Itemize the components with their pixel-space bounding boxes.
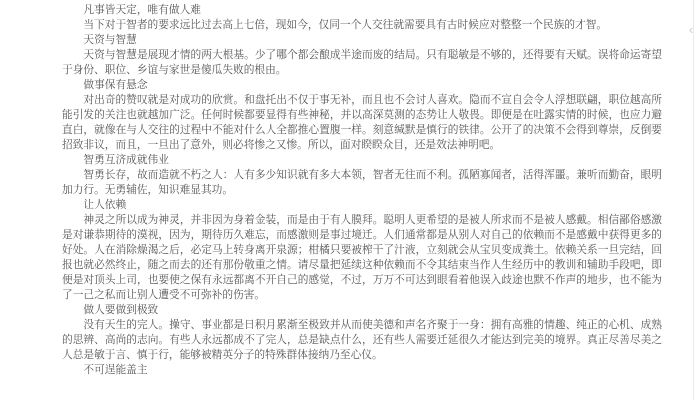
section-heading: 做事保有悬念 xyxy=(62,78,662,93)
paragraph: 神灵之所以成为神灵，并非因为身着金装，而是由于有人膜拜。聪明人更希望的是被人所求… xyxy=(62,213,662,303)
paragraph: 当下对于智者的要求远比过去高上七倍，现如今，仅同一个人交往就需要具有古时候应对整… xyxy=(62,18,662,33)
paragraph: 对出奇的赞叹就是对成功的欣赏。和盘托出不仅于事无补，而且也不会讨人喜欢。隐而不宣… xyxy=(62,93,662,153)
reader-page: 凡事皆天定，唯有做人难当下对于智者的要求远比过去高上七倍，现如今，仅同一个人交往… xyxy=(0,0,700,400)
section-heading: 天资与智慧 xyxy=(62,33,662,48)
section-heading: 做人要做到极致 xyxy=(62,303,662,318)
side-panel-toggle[interactable]: ‹ xyxy=(684,20,698,38)
chevron-left-icon: ‹ xyxy=(689,23,693,36)
paragraph: 没有天生的完人。操守、事业都是日积月累渐至极致并从而使美德和声名齐聚于一身：拥有… xyxy=(62,318,662,363)
paragraph: 智勇长存，故而造就不朽之人：人有多少知识就有多大本领，智者无往而不利。孤陋寡闻者… xyxy=(62,168,662,198)
section-heading: 不可逞能盖主 xyxy=(62,363,662,378)
paragraph: 天资与智慧是展现才情的两大根基。少了哪个都会酿成半途而废的结局。只有聪敏是不够的… xyxy=(62,48,662,78)
section-heading: 智勇互济成就伟业 xyxy=(62,153,662,168)
section-heading: 让人依赖 xyxy=(62,198,662,213)
side-panel-divider xyxy=(693,0,694,400)
reader-content: 凡事皆天定，唯有做人难当下对于智者的要求远比过去高上七倍，现如今，仅同一个人交往… xyxy=(62,3,662,378)
section-heading: 凡事皆天定，唯有做人难 xyxy=(62,3,662,18)
